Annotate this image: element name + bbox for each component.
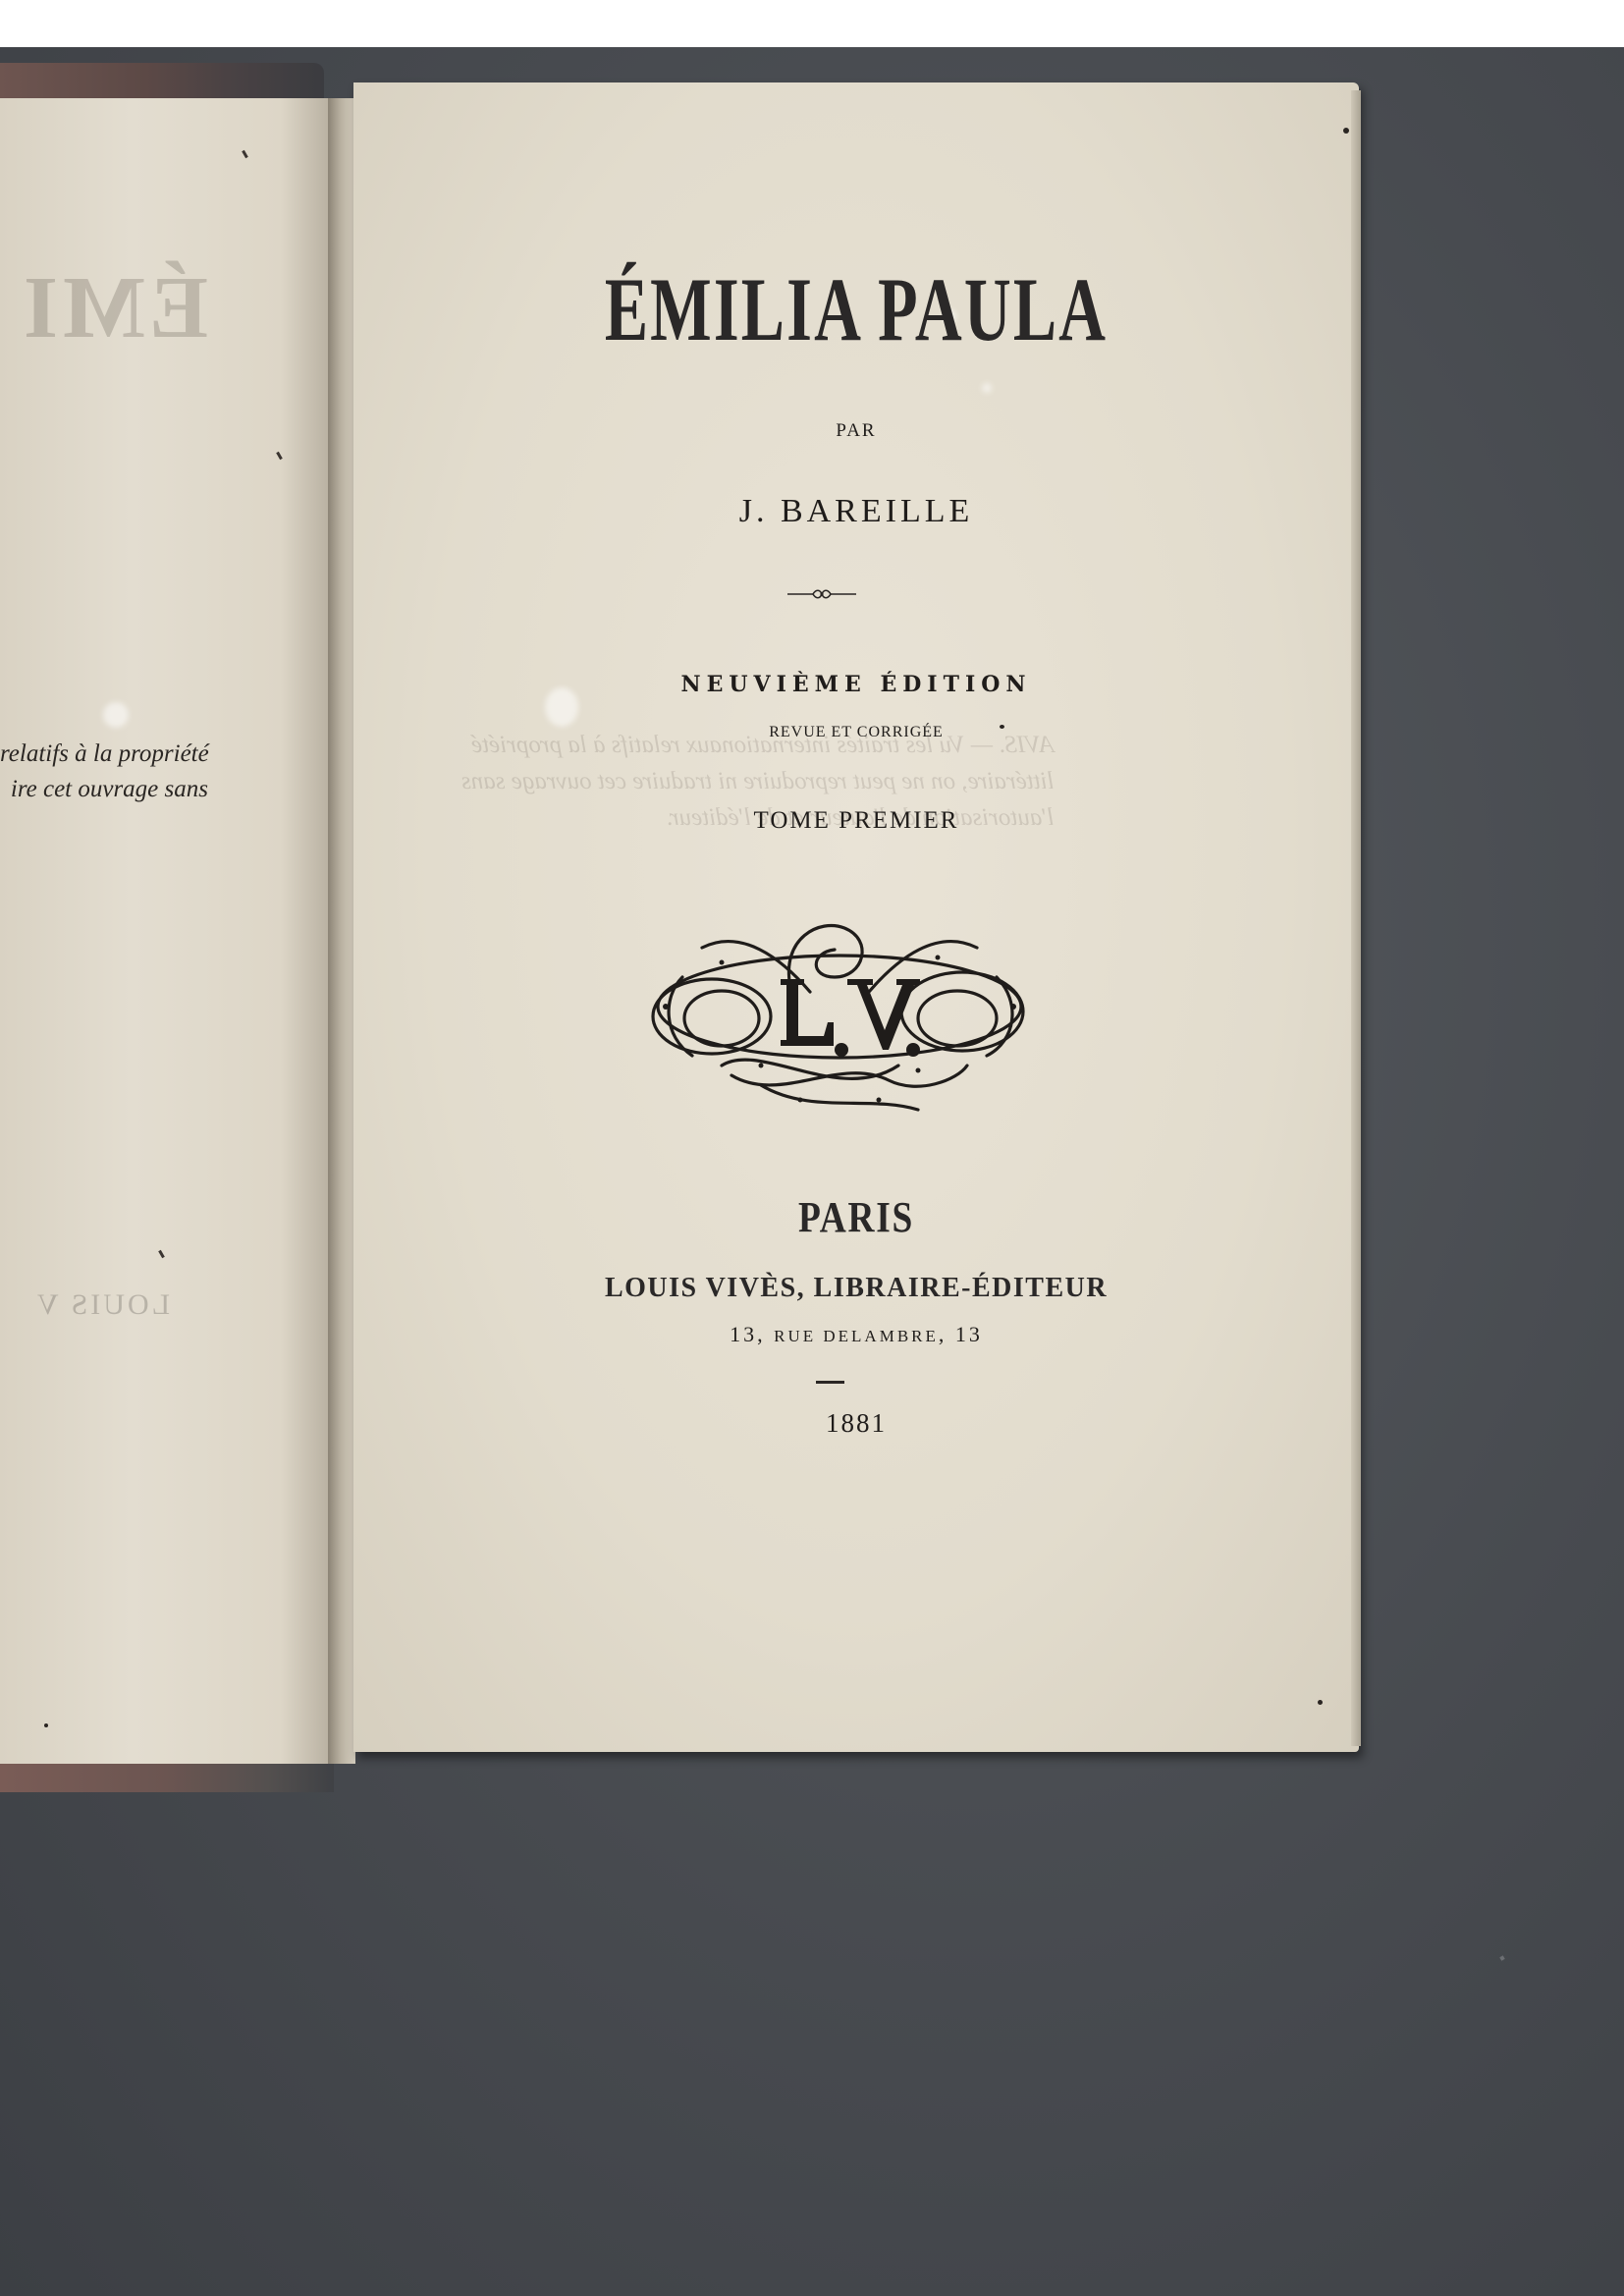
publisher-monogram-icon (643, 908, 1036, 1115)
author-name: J. BAREILLE (353, 493, 1359, 530)
book-spine-top (0, 63, 324, 98)
ornament-divider-icon (785, 586, 858, 602)
left-page-show-through-publisher: LOUIS V (34, 1288, 170, 1322)
book-title: ÉMILIA PAULA (494, 257, 1218, 361)
address-number-repeat: 13 (955, 1322, 983, 1346)
address-street: RUE DELAMBRE (774, 1327, 939, 1345)
publisher-address: 13, RUE DELAMBRE, 13 (353, 1322, 1359, 1347)
page-edge (1351, 90, 1361, 1746)
revision-label: REVUE ET CORRIGÉE (353, 724, 1359, 741)
left-page-notice: relatifs à la propriété ire cet ouvrage … (0, 737, 208, 807)
short-rule (816, 1381, 844, 1384)
book-spine-bottom (0, 1763, 334, 1792)
address-number: 13 (730, 1322, 757, 1346)
left-notice-line-1: relatifs à la propriété (0, 737, 208, 772)
publication-year: 1881 (353, 1408, 1359, 1439)
gutter-shadow (328, 98, 355, 1764)
show-through-line-2: littéraire, on ne peut reproduire ni tra… (461, 763, 1055, 799)
edition-label: NEUVIÈME ÉDITION (353, 672, 1359, 697)
left-page-show-through-title: ÉMI (20, 257, 208, 358)
publisher-name: LOUIS VIVÈS, LIBRAIRE-ÉDITEUR (353, 1273, 1359, 1304)
volume-label: TOME PREMIER (353, 807, 1359, 835)
by-line: PAR (353, 420, 1359, 442)
publication-city: PARIS (429, 1192, 1283, 1242)
left-notice-line-2: ire cet ouvrage sans (0, 772, 208, 807)
